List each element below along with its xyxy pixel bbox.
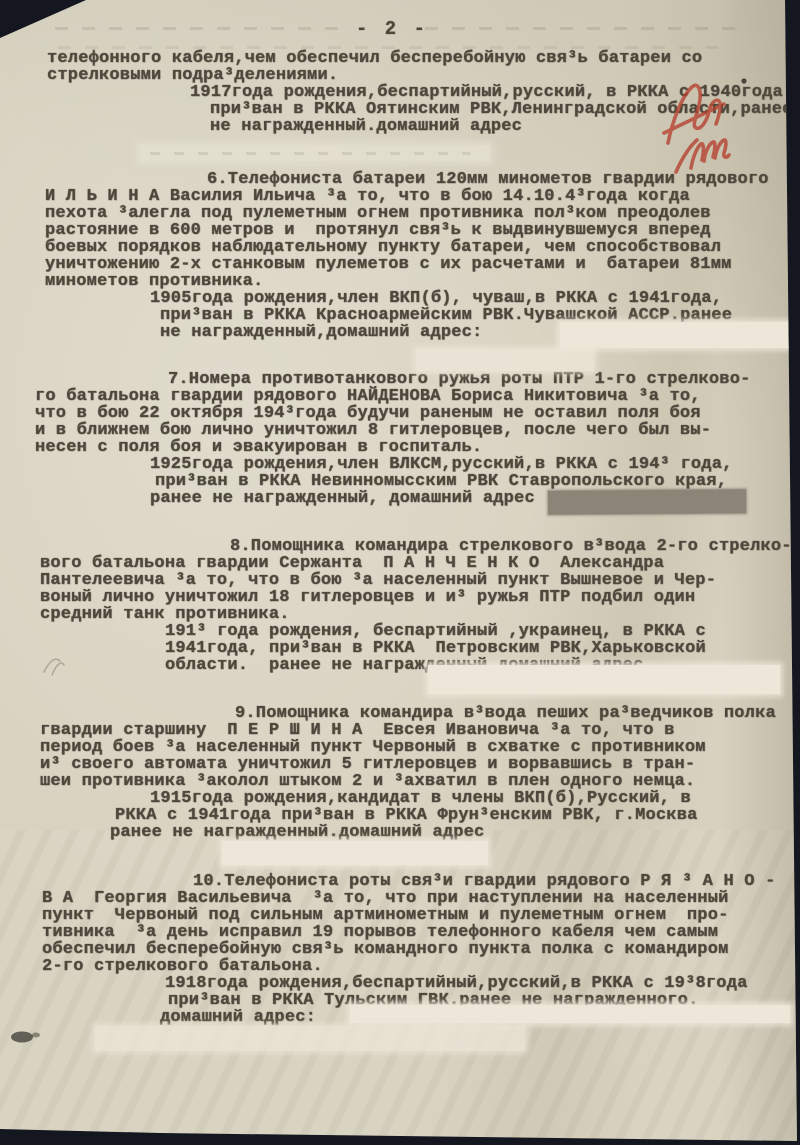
text-line: обеспечил бесперебойную свя³ь командного…: [0, 941, 800, 958]
text-line: 1915года рождения,кандидат в члены ВКП(б…: [0, 790, 800, 807]
text-line: и³ своего автомата уничтожил 5 гитлеровц…: [0, 756, 800, 773]
continuation-paragraph: телефонного кабеля,чем обеспечил беспере…: [0, 50, 800, 135]
text-line: 1941года, при³ван в РККА Петровским РВК,…: [0, 640, 800, 657]
text-line: тивника ³а день исправил 19 порывов теле…: [0, 924, 800, 941]
text-line: телефонного кабеля,чем обеспечил беспере…: [0, 50, 800, 67]
text-line: не награжденный.домашний адрес: [0, 118, 800, 135]
text-line: 191³ года рождения, беспартийный ,украин…: [0, 623, 800, 640]
redaction-address-p10b: [95, 1026, 525, 1051]
text-line: несен с поля боя и эвакуирован в госпита…: [0, 439, 800, 456]
redaction-address-p9: [222, 841, 488, 865]
text-line: 2-го стрелкового батальона.: [0, 958, 800, 975]
erased-text-ghost: [425, 27, 735, 30]
text-line: 1917года рождения,беспартийный,русский, …: [0, 84, 800, 101]
text-line: растояние в 600 метров и протянул свя³ь …: [0, 222, 800, 239]
text-line: стрелковыми подра³делениями.: [0, 67, 800, 84]
paragraph-7: 7.Номера противотанкового ружья роты ПТР…: [0, 371, 800, 507]
text-line: В А Георгия Васильевича ³а то, что при н…: [0, 890, 800, 907]
text-line: 9.Помощника командира в³вода пеших ра³ве…: [0, 705, 800, 722]
text-line: боевых порядков наблюдательному пункту б…: [0, 239, 800, 256]
document-page: - 2 - телефонного кабеля,чем обеспечил б…: [0, 0, 800, 1145]
text-line: 1925года рождения,член ВЛКСМ,русский,в Р…: [0, 456, 800, 473]
text-line: 6.Телефониста батареи 120мм минометов гв…: [0, 171, 800, 188]
punch-hole-dot: [17, 19, 25, 27]
text-line: Пантелеевича ³а то, что в бою ³а населен…: [0, 572, 800, 589]
text-line: 8.Помощника командира стрелкового в³вода…: [0, 538, 800, 555]
text-line: средний танк противника.: [0, 606, 800, 623]
text-line: что в бою 22 октября 194³года будучи ран…: [0, 405, 800, 422]
redaction-address-p6: [560, 322, 792, 348]
paragraph-9: 9.Помощника командира в³вода пеших ра³ве…: [0, 705, 800, 841]
text-line: при³ван в РККА Невинномысским РВК Ставро…: [0, 473, 800, 490]
paragraph-6: 6.Телефониста батареи 120мм минометов гв…: [0, 171, 800, 341]
scan-photo-background: - 2 - телефонного кабеля,чем обеспечил б…: [0, 0, 800, 1145]
text-line: ранее не награжденный.домашний адрес: [0, 824, 800, 841]
erased-text-ghost: [55, 27, 345, 30]
text-line: и в ближнем бою лично уничтожил 8 гитлер…: [0, 422, 800, 439]
redaction-address-p8: [428, 665, 780, 694]
paragraph-8: 8.Помощника командира стрелкового в³вода…: [0, 538, 800, 674]
text-line: 1905года рождения,член ВКП(б), чуваш,в Р…: [0, 290, 800, 307]
text-line: минометов противника.: [0, 273, 800, 290]
text-line: при³ван в РККА Оятинским РВК,Ленинградск…: [0, 101, 800, 118]
erased-address-ghost: [150, 152, 470, 155]
text-line: воный лично уничтожил 18 гитлеровцев и и…: [0, 589, 800, 606]
page-number: - 2 -: [356, 18, 428, 40]
text-line: го батальона гвардии рядового НАЙДЕНОВА …: [0, 388, 800, 405]
text-line: 7.Номера противотанкового ружья роты ПТР…: [0, 371, 800, 388]
text-line: шеи противника ³аколол штыком 2 и ³ахват…: [0, 773, 800, 790]
text-line: РККА с 1941года при³ван в РККА Фрун³енск…: [0, 807, 800, 824]
redaction-address-p10: [350, 1005, 790, 1023]
text-line: И Л Ь И Н А Василия Ильича ³а то, что в …: [0, 188, 800, 205]
redaction-address-p6b: [416, 349, 594, 371]
text-line: период боев ³а населенный пункт Червоный…: [0, 739, 800, 756]
text-line: уничтожению 2-х станковым пулеметов с их…: [0, 256, 800, 273]
text-line: пункт Червоный под сильным артминометным…: [0, 907, 800, 924]
text-line: вого батальона гвардии Сержанта П А Н Ч …: [0, 555, 800, 572]
text-line: 10.Телефониста роты свя³и гвардии рядово…: [0, 873, 800, 890]
text-line: гвардии старшину П Е Р Ш И Н А Евсея Ива…: [0, 722, 800, 739]
text-line: пехота ³алегла под пулеметным огнем прот…: [0, 205, 800, 222]
paragraph-10: 10.Телефониста роты свя³и гвардии рядово…: [0, 873, 800, 1026]
redaction-address-p7: [548, 489, 746, 514]
text-line: 1918года рождения,беспартийный,русский,в…: [0, 975, 800, 992]
